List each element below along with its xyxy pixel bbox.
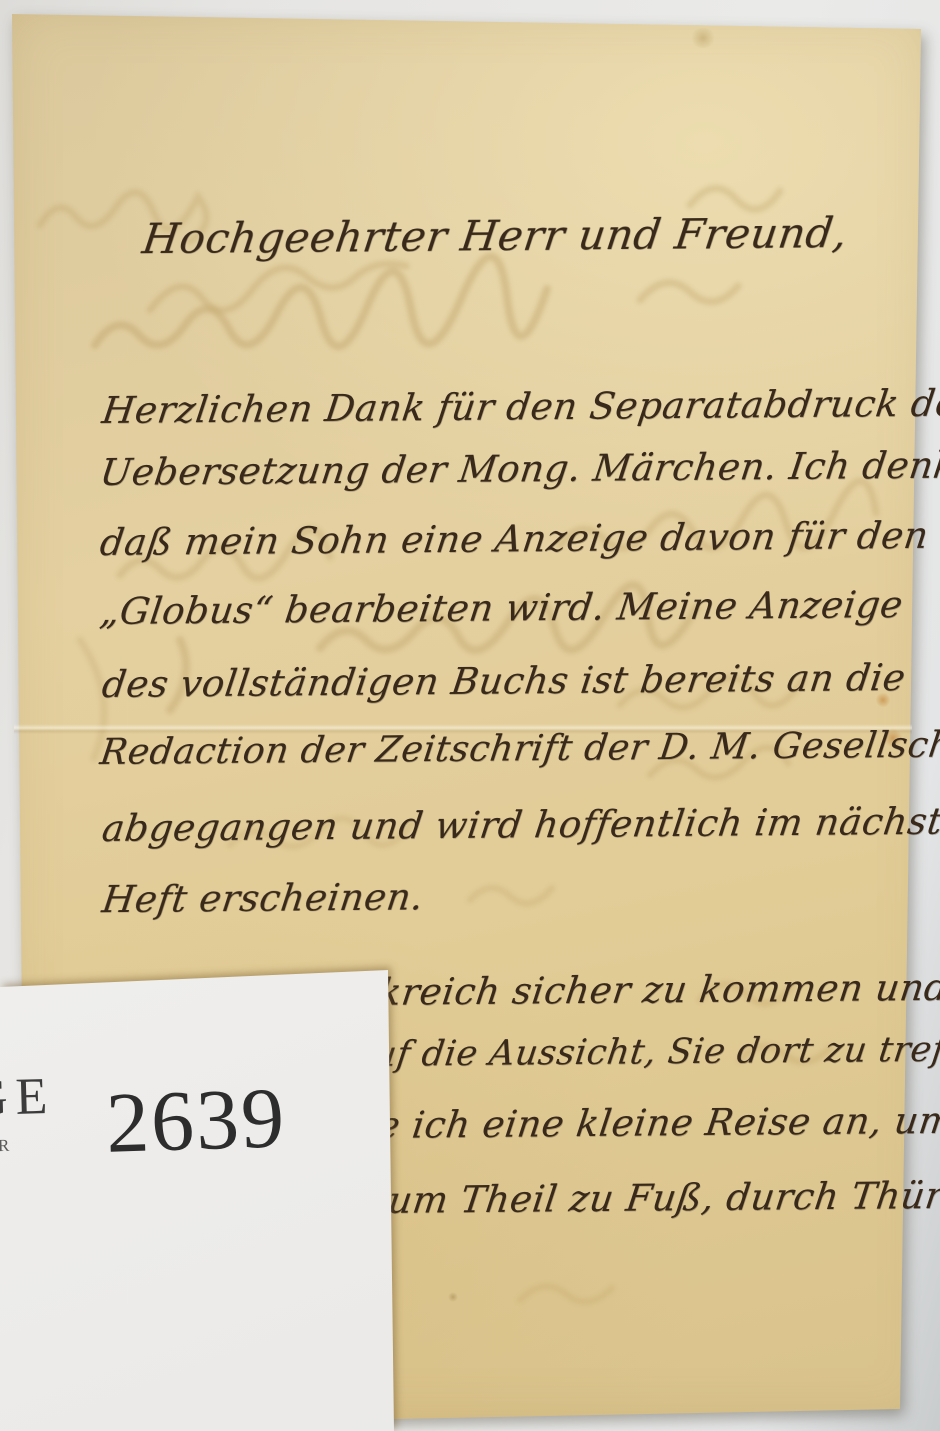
lot-card-wrap <box>0 0 940 1431</box>
lot-card-subheading-fragment: R <box>0 1136 10 1156</box>
lot-card-heading-fragment: GE <box>0 1067 56 1128</box>
lot-number: 2639 <box>104 1067 287 1173</box>
photo-scene: Hochgeehrter Herr und Freund, Herzlichen… <box>0 0 940 1431</box>
lot-card <box>0 0 940 1431</box>
